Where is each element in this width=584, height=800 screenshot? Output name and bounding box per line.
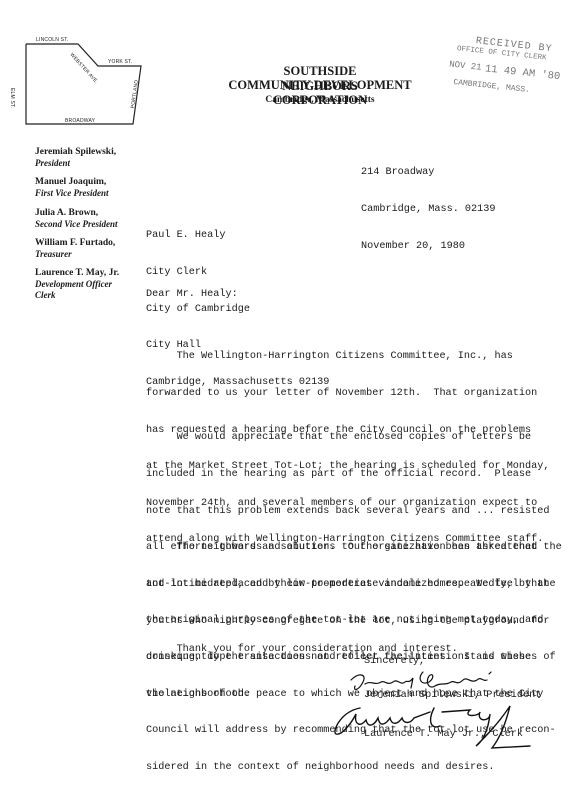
officer-name: Manuel Joaquim, — [35, 177, 109, 188]
officer-name: Jeremiah Spilewski, — [35, 147, 116, 158]
officer-title: First Vice President — [35, 188, 109, 199]
stamp-time: 11 49 AM '80 — [484, 63, 560, 83]
street-lincoln: LINCOLN ST. — [36, 37, 69, 43]
street-broadway: BROADWAY — [65, 118, 95, 124]
sender-city: Cambridge, Mass. 02139 — [361, 204, 496, 216]
signature-may — [330, 702, 550, 752]
officer-name: Laurence T. May, Jr. — [35, 268, 119, 279]
officer-name: Julia A. Brown, — [35, 208, 118, 219]
stamp-date: NOV 21 — [449, 60, 482, 73]
text-line: included in the hearing as part of the o… — [146, 469, 562, 481]
street-elm: ELM ST. — [9, 88, 15, 108]
officer-name: William F. Furtado, — [35, 238, 115, 249]
officer-title-2: Clerk — [35, 290, 119, 301]
officer-title: Second Vice President — [35, 219, 118, 230]
recipient-title: City Clerk — [146, 267, 329, 279]
text-line: The Wellington-Harrington Citizens Commi… — [146, 351, 550, 363]
letter-date: November 20, 1980 — [361, 241, 496, 253]
sender-street: 214 Broadway — [361, 167, 496, 179]
neighborhood-outline-icon — [18, 38, 148, 128]
org-location: Cambridge, Massachusetts — [260, 95, 380, 105]
sender-address: 214 Broadway Cambridge, Mass. 02139 Nove… — [361, 143, 496, 265]
recipient-name: Paul E. Healy — [146, 230, 329, 242]
street-map-logo: LINCOLN ST. WEBSTER AVE. YORK ST. ELM ST… — [18, 38, 148, 128]
recipient-org: City of Cambridge — [146, 304, 329, 316]
street-york: YORK ST. — [108, 59, 132, 65]
text-line: note that this problem extends back seve… — [146, 506, 562, 518]
officer-first-vp: Manuel Joaquim, First Vice President — [35, 177, 109, 199]
salutation: Dear Mr. Healy: — [146, 289, 238, 301]
officer-title: Treasurer — [35, 249, 115, 260]
officer-president: Jeremiah Spilewski, President — [35, 147, 116, 169]
text-line: Thank you for your consideration and int… — [146, 644, 458, 656]
stamp-place: CAMBRIDGE, MASS. — [453, 78, 530, 95]
closing: Sincerely, — [364, 656, 425, 668]
officer-treasurer: William F. Furtado, Treasurer — [35, 238, 115, 260]
received-stamp: RECEIVED BY OFFICE OF CITY CLERK NOV 21 … — [447, 48, 584, 141]
text-line: sidered in the context of neighborhood n… — [146, 762, 556, 774]
signatory-2-typed: Laurence T. May Jr., Clerk — [364, 729, 523, 741]
signatory-1-typed: Jeremiah Spilewski, President — [364, 690, 541, 702]
officer-title: President — [35, 158, 116, 169]
text-line: forwarded to us your letter of November … — [146, 388, 550, 400]
officer-second-vp: Julia A. Brown, Second Vice President — [35, 208, 118, 230]
officer-clerk: Laurence T. May, Jr. Development Officer… — [35, 268, 119, 301]
officer-title: Development Officer — [35, 279, 119, 290]
text-line: We would appreciate that the enclosed co… — [146, 432, 562, 444]
text-line: and intimidated, and their properties va… — [146, 579, 556, 591]
text-line: The neighbors and abutters to the site h… — [146, 542, 556, 554]
